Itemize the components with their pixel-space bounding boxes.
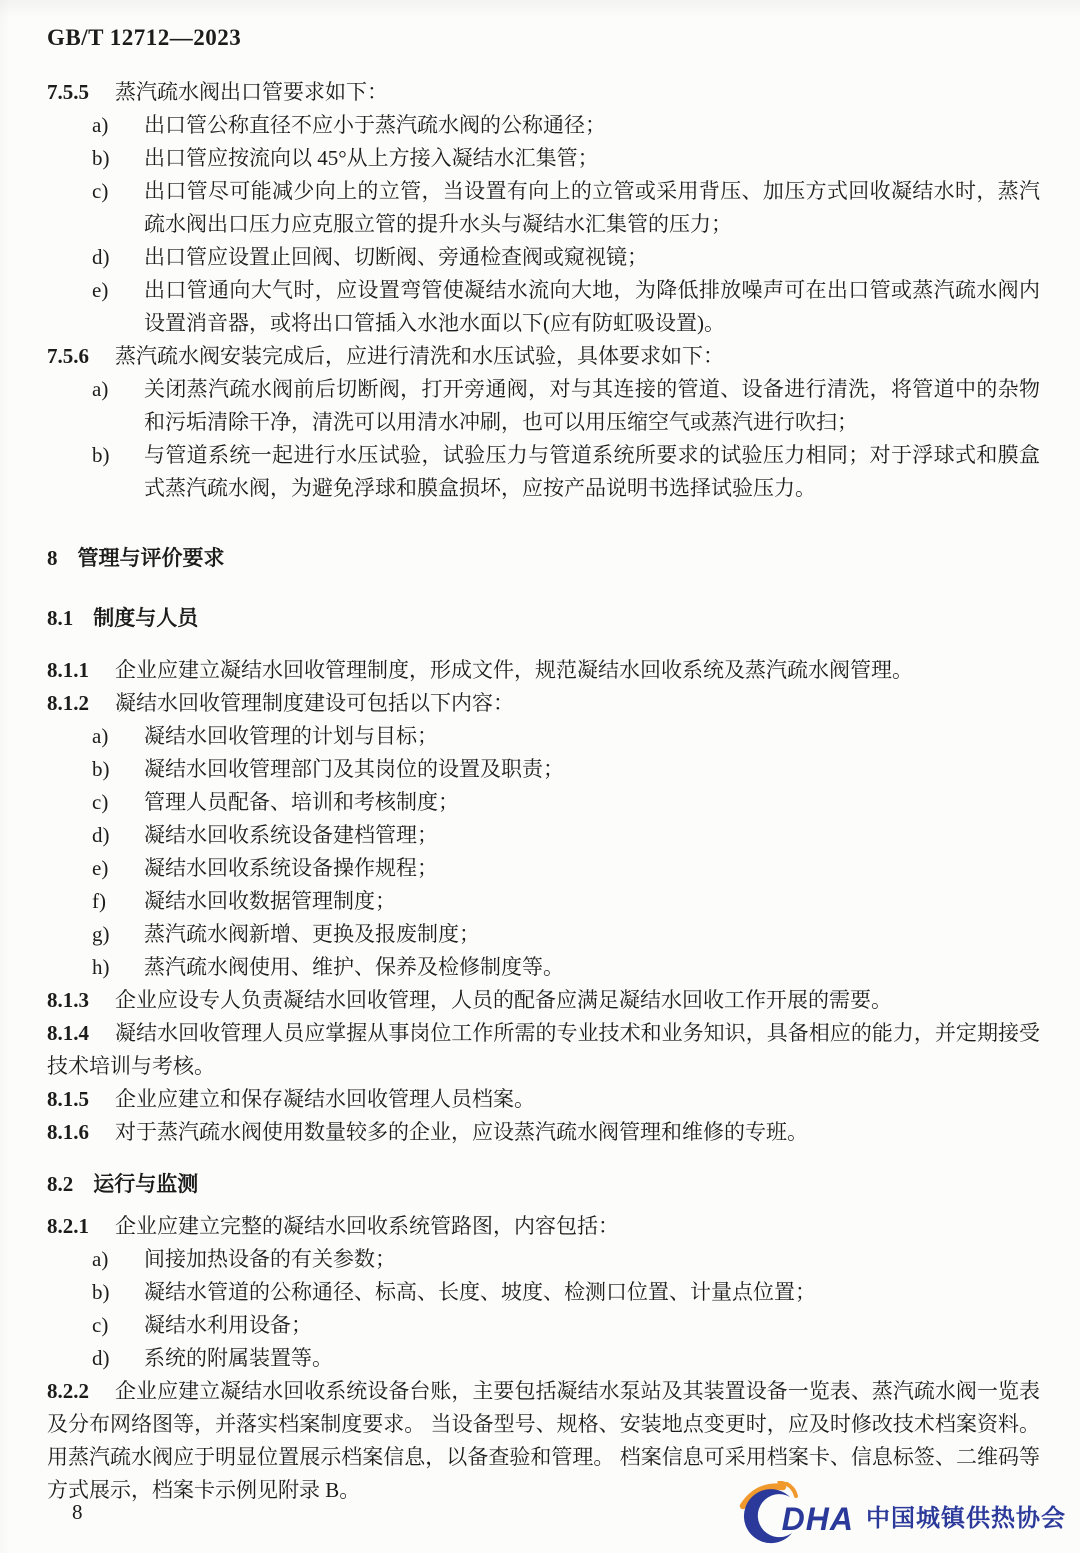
clause-text: 凝结水回收管理人员应掌握从事岗位工作所需的专业技术和业务知识，具备相应的能力，并… <box>47 1021 1040 1078</box>
logo-org-name: 中国城镇供热协会 <box>866 1502 1066 1535</box>
item-text: 系统的附属装置等。 <box>144 1342 1040 1375</box>
clause-number: 8.1.1 <box>47 658 89 682</box>
item-marker: e) <box>92 274 144 340</box>
item-marker: a) <box>92 109 144 142</box>
clause-number: 8.2.2 <box>47 1379 89 1403</box>
list-item: a)出口管公称直径不应小于蒸汽疏水阀的公称通径； <box>92 109 1040 142</box>
item-text: 蒸汽疏水阀使用、维护、保养及检修制度等。 <box>144 951 1040 984</box>
section-number: 8.2 <box>47 1172 73 1196</box>
list-item: h)蒸汽疏水阀使用、维护、保养及检修制度等。 <box>92 951 1040 984</box>
clause-8-1-4: 8.1.4凝结水回收管理人员应掌握从事岗位工作所需的专业技术和业务知识，具备相应… <box>47 1017 1040 1083</box>
clause-number: 7.5.6 <box>47 344 89 368</box>
page-footer: 8 DHA 中国城镇供热协会 <box>0 1475 1080 1553</box>
list-item: e)出口管通向大气时，应设置弯管使凝结水流向大地，为降低排放噪声可在出口管或蒸汽… <box>92 274 1040 340</box>
item-marker: g) <box>92 918 144 951</box>
item-marker: b) <box>92 142 144 175</box>
clause-8-1-2: 8.1.2凝结水回收管理制度建设可包括以下内容： <box>47 687 1040 720</box>
item-marker: b) <box>92 753 144 786</box>
clause-7-5-6: 7.5.6蒸汽疏水阀安装完成后，应进行清洗和水压试验，具体要求如下： <box>47 340 1040 373</box>
clause-number: 8.1.3 <box>47 988 89 1012</box>
section-title: 管理与评价要求 <box>78 546 225 570</box>
item-marker: b) <box>92 439 144 505</box>
clause-8-1-1: 8.1.1企业应建立凝结水回收管理制度，形成文件，规范凝结水回收系统及蒸汽疏水阀… <box>47 654 1040 687</box>
section-number: 8 <box>47 546 58 570</box>
item-text: 出口管通向大气时，应设置弯管使凝结水流向大地，为降低排放噪声可在出口管或蒸汽疏水… <box>144 274 1040 340</box>
item-marker: f) <box>92 885 144 918</box>
logo-acronym: DHA <box>782 1503 854 1536</box>
list-item: b)凝结水回收管理部门及其岗位的设置及职责； <box>92 753 1040 786</box>
clause-number: 7.5.5 <box>47 80 89 104</box>
list-item: d)凝结水回收系统设备建档管理； <box>92 819 1040 852</box>
cdha-logo: DHA 中国城镇供热协会 <box>736 1481 1066 1547</box>
clause-8-1-5: 8.1.5企业应建立和保存凝结水回收管理人员档案。 <box>47 1083 1040 1116</box>
item-text: 凝结水回收系统设备操作规程； <box>144 852 1040 885</box>
list-item: c)管理人员配备、培训和考核制度； <box>92 786 1040 819</box>
clause-8-1-6: 8.1.6对于蒸汽疏水阀使用数量较多的企业，应设蒸汽疏水阀管理和维修的专班。 <box>47 1116 1040 1149</box>
item-text: 凝结水回收系统设备建档管理； <box>144 819 1040 852</box>
list-item: d)系统的附属装置等。 <box>92 1342 1040 1375</box>
clause-8-1-3: 8.1.3企业应设专人负责凝结水回收管理，人员的配备应满足凝结水回收工作开展的需… <box>47 984 1040 1017</box>
list-item: a)关闭蒸汽疏水阀前后切断阀，打开旁通阀，对与其连接的管道、设备进行清洗，将管道… <box>92 373 1040 439</box>
section-8-heading: 8管理与评价要求 <box>47 542 1040 575</box>
list-item: b)出口管应按流向以 45°从上方接入凝结水汇集管； <box>92 142 1040 175</box>
item-marker: c) <box>92 175 144 241</box>
clause-7-5-5: 7.5.5蒸汽疏水阀出口管要求如下： <box>47 76 1040 109</box>
clause-text: 凝结水回收管理制度建设可包括以下内容： <box>115 691 514 715</box>
item-text: 管理人员配备、培训和考核制度； <box>144 786 1040 819</box>
list-item: b)与管道系统一起进行水压试验，试验压力与管道系统所要求的试验压力相同；对于浮球… <box>92 439 1040 505</box>
item-text: 间接加热设备的有关参数； <box>144 1243 1040 1276</box>
section-8-1-heading: 8.1制度与人员 <box>47 602 1040 635</box>
item-marker: h) <box>92 951 144 984</box>
item-text: 凝结水利用设备； <box>144 1309 1040 1342</box>
item-text: 关闭蒸汽疏水阀前后切断阀，打开旁通阀，对与其连接的管道、设备进行清洗，将管道中的… <box>144 373 1040 439</box>
clause-text: 企业应建立凝结水回收管理制度，形成文件，规范凝结水回收系统及蒸汽疏水阀管理。 <box>115 658 913 682</box>
clause-number: 8.1.2 <box>47 691 89 715</box>
page-number: 8 <box>72 1496 83 1529</box>
item-marker: a) <box>92 373 144 439</box>
list-item: d)出口管应设置止回阀、切断阀、旁通检查阀或窥视镜； <box>92 241 1040 274</box>
item-marker: c) <box>92 1309 144 1342</box>
section-title: 运行与监测 <box>93 1172 198 1196</box>
clause-text: 对于蒸汽疏水阀使用数量较多的企业，应设蒸汽疏水阀管理和维修的专班。 <box>115 1120 808 1144</box>
item-marker: a) <box>92 1243 144 1276</box>
clause-number: 8.1.5 <box>47 1087 89 1111</box>
document-body: 7.5.5蒸汽疏水阀出口管要求如下： a)出口管公称直径不应小于蒸汽疏水阀的公称… <box>47 76 1040 1507</box>
item-text: 与管道系统一起进行水压试验，试验压力与管道系统所要求的试验压力相同；对于浮球式和… <box>144 439 1040 505</box>
item-marker: d) <box>92 241 144 274</box>
list-item: c)出口管尽可能减少向上的立管，当设置有向上的立管或采用背压、加压方式回收凝结水… <box>92 175 1040 241</box>
clause-text: 蒸汽疏水阀安装完成后，应进行清洗和水压试验，具体要求如下： <box>115 344 724 368</box>
item-marker: c) <box>92 786 144 819</box>
document-page: GB/T 12712—2023 7.5.5蒸汽疏水阀出口管要求如下： a)出口管… <box>0 0 1080 1553</box>
list-item: g)蒸汽疏水阀新增、更换及报废制度； <box>92 918 1040 951</box>
clause-number: 8.2.1 <box>47 1214 89 1238</box>
clause-text: 蒸汽疏水阀出口管要求如下： <box>115 80 388 104</box>
item-text: 凝结水回收数据管理制度； <box>144 885 1040 918</box>
section-title: 制度与人员 <box>93 606 198 630</box>
list-item: a)凝结水回收管理的计划与目标； <box>92 720 1040 753</box>
item-text: 出口管公称直径不应小于蒸汽疏水阀的公称通径； <box>144 109 1040 142</box>
item-text: 凝结水回收管理的计划与目标； <box>144 720 1040 753</box>
item-text: 凝结水回收管理部门及其岗位的设置及职责； <box>144 753 1040 786</box>
item-text: 蒸汽疏水阀新增、更换及报废制度； <box>144 918 1040 951</box>
list-item: a)间接加热设备的有关参数； <box>92 1243 1040 1276</box>
item-marker: b) <box>92 1276 144 1309</box>
clause-8-2-1: 8.2.1企业应建立完整的凝结水回收系统管路图，内容包括： <box>47 1210 1040 1243</box>
item-text: 出口管应按流向以 45°从上方接入凝结水汇集管； <box>144 142 1040 175</box>
list-item: e)凝结水回收系统设备操作规程； <box>92 852 1040 885</box>
clause-text: 企业应建立完整的凝结水回收系统管路图，内容包括： <box>115 1214 619 1238</box>
clause-text: 企业应设专人负责凝结水回收管理，人员的配备应满足凝结水回收工作开展的需要。 <box>115 988 892 1012</box>
item-text: 凝结水管道的公称通径、标高、长度、坡度、检测口位置、计量点位置； <box>144 1276 1040 1309</box>
clause-number: 8.1.4 <box>47 1021 89 1045</box>
section-8-2-heading: 8.2运行与监测 <box>47 1168 1040 1201</box>
item-text: 出口管尽可能减少向上的立管，当设置有向上的立管或采用背压、加压方式回收凝结水时，… <box>144 175 1040 241</box>
section-number: 8.1 <box>47 606 73 630</box>
list-item: f)凝结水回收数据管理制度； <box>92 885 1040 918</box>
item-marker: a) <box>92 720 144 753</box>
list-item: c)凝结水利用设备； <box>92 1309 1040 1342</box>
standard-number: GB/T 12712—2023 <box>47 24 241 52</box>
item-marker: d) <box>92 1342 144 1375</box>
item-marker: e) <box>92 852 144 885</box>
clause-number: 8.1.6 <box>47 1120 89 1144</box>
list-item: b)凝结水管道的公称通径、标高、长度、坡度、检测口位置、计量点位置； <box>92 1276 1040 1309</box>
item-marker: d) <box>92 819 144 852</box>
clause-text: 企业应建立和保存凝结水回收管理人员档案。 <box>115 1087 535 1111</box>
item-text: 出口管应设置止回阀、切断阀、旁通检查阀或窥视镜； <box>144 241 1040 274</box>
